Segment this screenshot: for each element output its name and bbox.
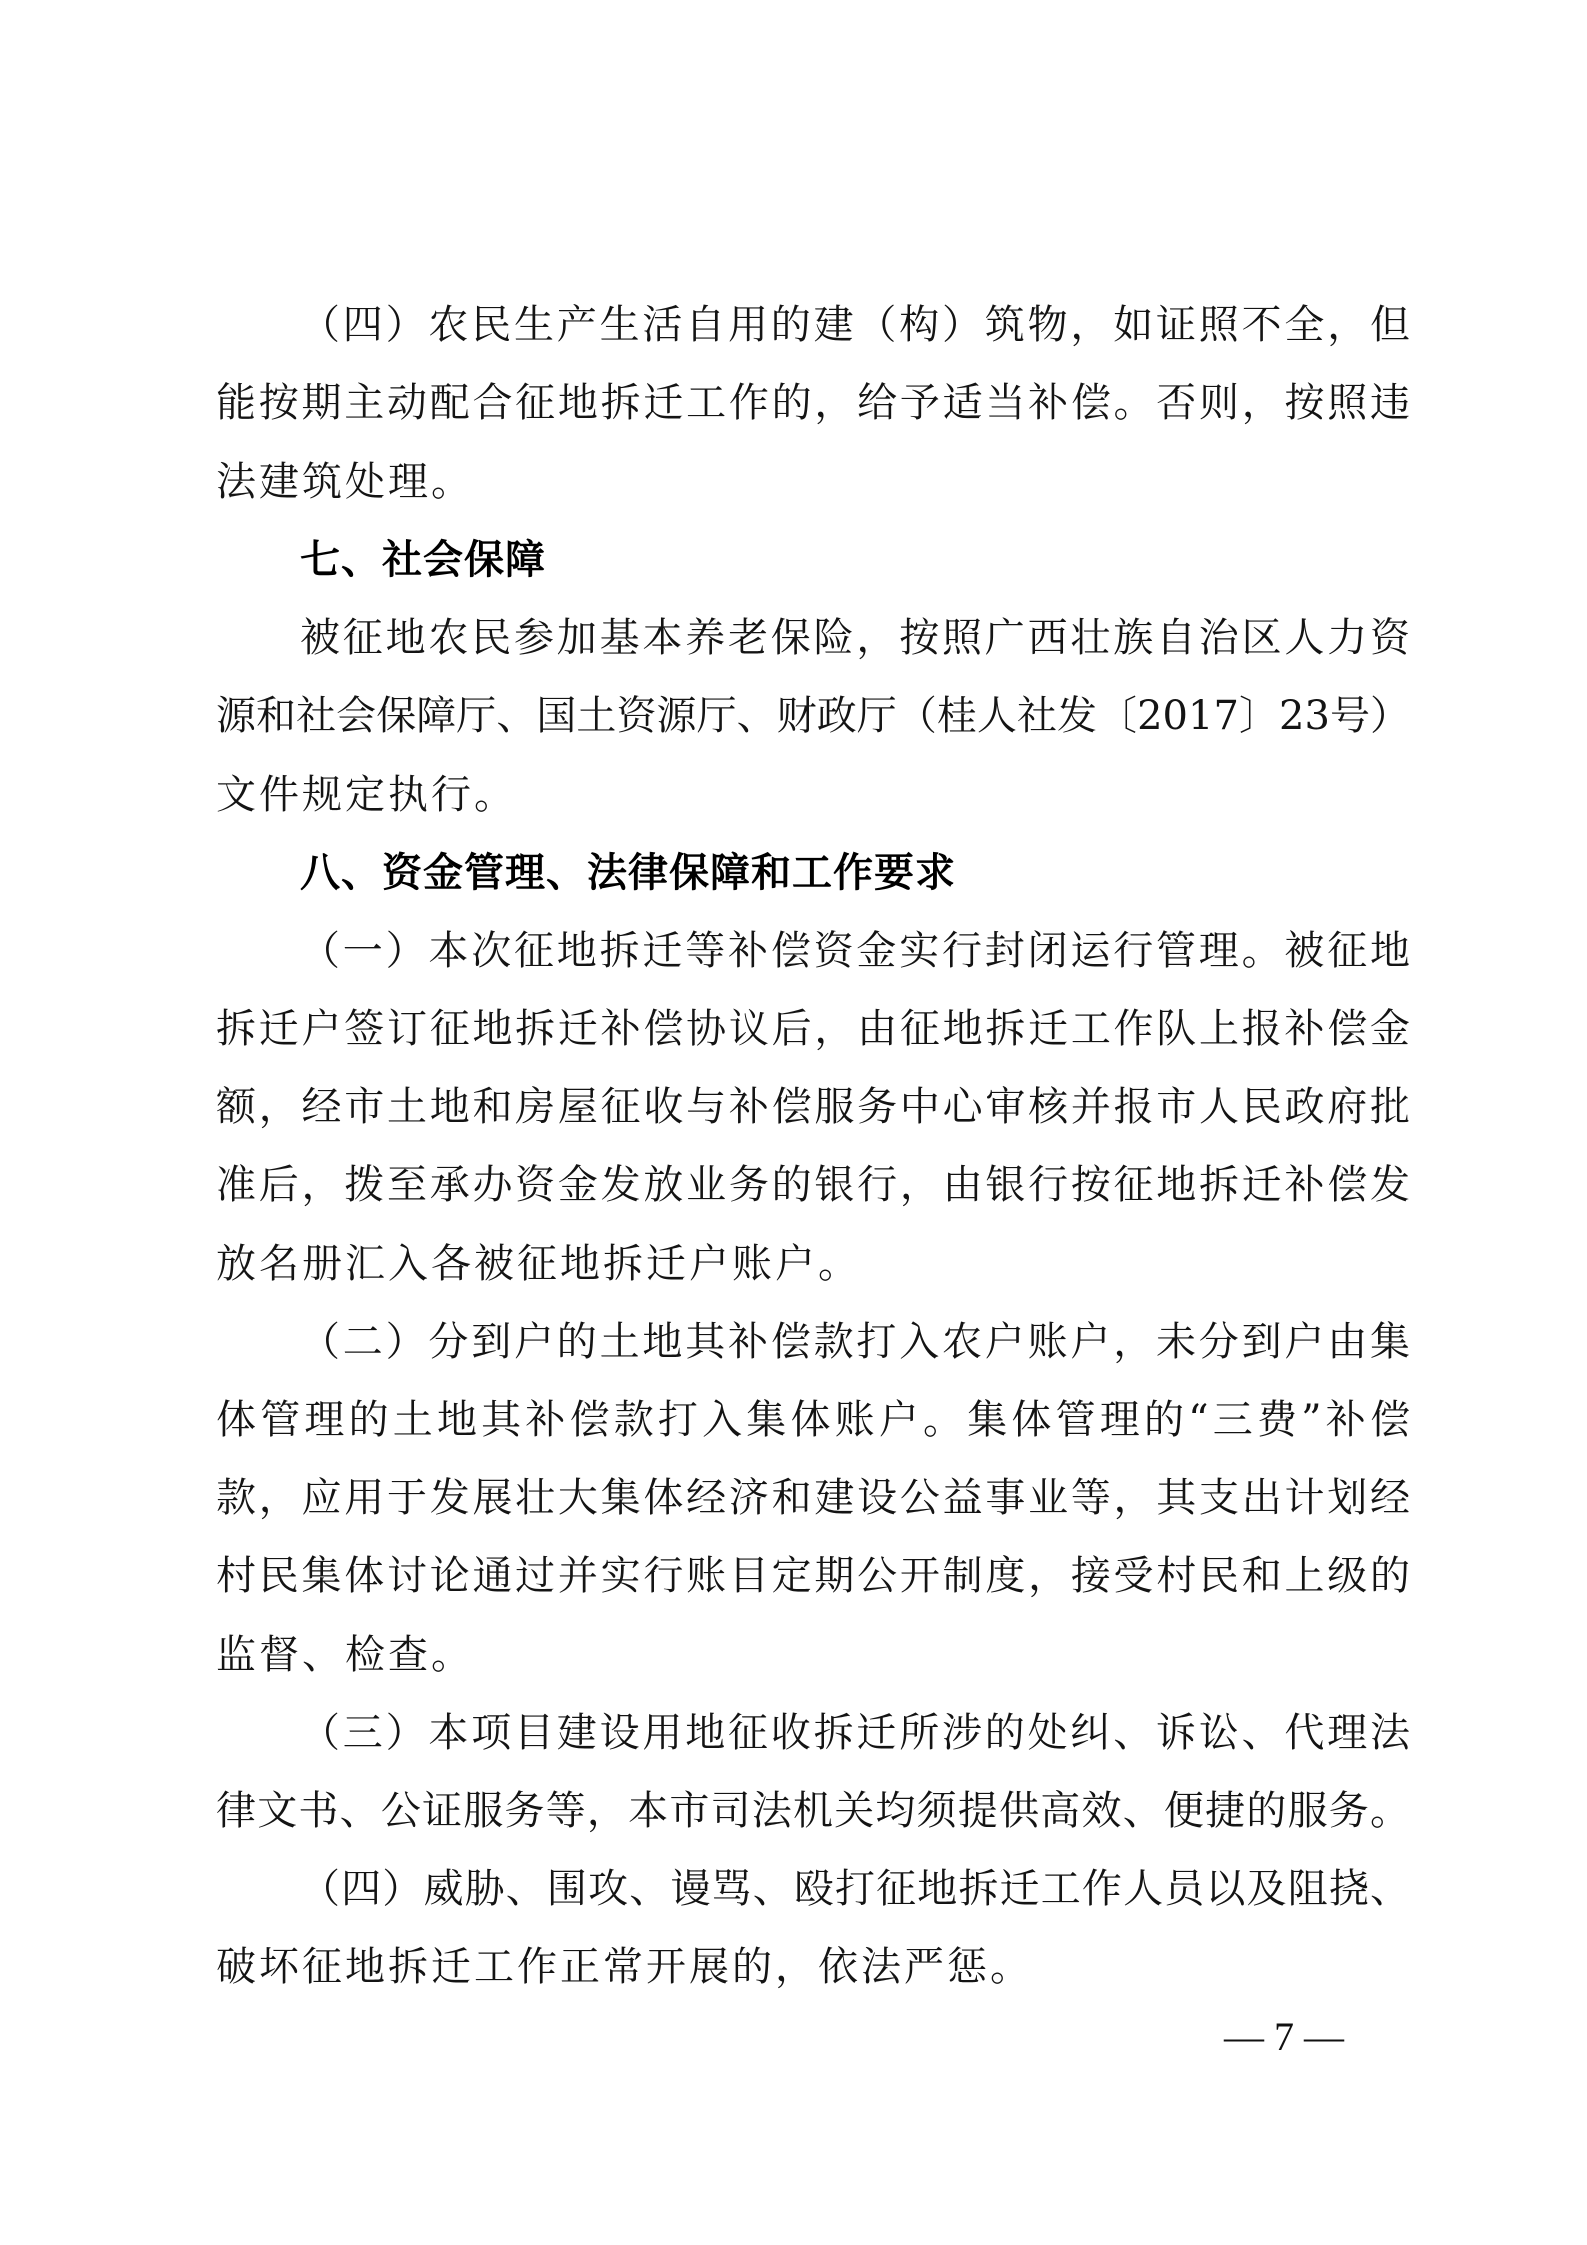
paragraph-line: 准后，拨至承办资金发放业务的银行，由银行按征地拆迁补偿发 [216,1146,1410,1224]
paragraph-line: 监督、检查。 [216,1616,1410,1694]
section-heading-8: 八、资金管理、法律保障和工作要求 [300,834,1410,912]
paragraph-line: 村民集体讨论通过并实行账目定期公开制度，接受村民和上级的 [216,1537,1410,1615]
paragraph-line: 法建筑处理。 [216,443,1410,521]
paragraph-line: 被征地农民参加基本养老保险，按照广西壮族自治区人力资 [300,599,1410,677]
page-number: — 7 — [1196,2012,1372,2062]
section-heading-7: 七、社会保障 [300,521,1410,599]
paragraph-line: 放名册汇入各被征地拆迁户账户。 [216,1225,1410,1303]
document-page: （四）农民生产生活自用的建（构）筑物，如证照不全，但 能按期主动配合征地拆迁工作… [0,0,1587,2245]
paragraph-line: 款，应用于发展壮大集体经济和建设公益事业等，其支出计划经 [216,1459,1410,1537]
paragraph-line: 额，经市土地和房屋征收与补偿服务中心审核并报市人民政府批 [216,1068,1410,1146]
paragraph-line: 破坏征地拆迁工作正常开展的，依法严惩。 [216,1928,1410,2006]
paragraph-line: 文件规定执行。 [216,756,1410,834]
paragraph-line: （一）本次征地拆迁等补偿资金实行封闭运行管理。被征地 [300,912,1410,990]
paragraph-line: （四）农民生产生活自用的建（构）筑物，如证照不全，但 [300,286,1410,364]
paragraph-line: 拆迁户签订征地拆迁补偿协议后，由征地拆迁工作队上报补偿金 [216,990,1410,1068]
paragraph-line: （三）本项目建设用地征收拆迁所涉的处纠、诉讼、代理法 [300,1694,1410,1772]
paragraph-line: （二）分到户的土地其补偿款打入农户账户，未分到户由集 [300,1303,1410,1381]
paragraph-line: 律文书、公证服务等，本市司法机关均须提供高效、便捷的服务。 [216,1772,1410,1850]
paragraph-line: （四）威胁、围攻、谩骂、殴打征地拆迁工作人员以及阻挠、 [300,1850,1410,1928]
paragraph-line: 能按期主动配合征地拆迁工作的，给予适当补偿。否则，按照违 [216,364,1410,442]
paragraph-line: 源和社会保障厅、国土资源厅、财政厅（桂人社发〔2017〕23号） [216,677,1410,755]
paragraph-line: 体管理的土地其补偿款打入集体账户。集体管理的“三费”补偿 [216,1381,1410,1459]
